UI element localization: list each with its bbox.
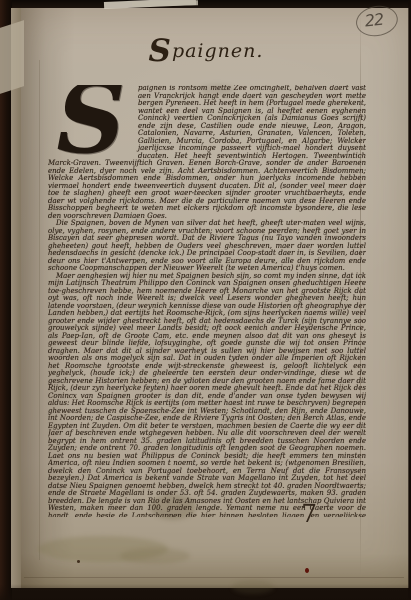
ink-speck <box>77 560 80 563</box>
ornate-initial-icon: S <box>50 86 132 158</box>
underpage-corner <box>0 20 24 94</box>
book-bottom-edge <box>0 584 411 600</box>
title-swash-initial: S <box>149 33 172 69</box>
page-title: Spaignen. <box>126 40 286 62</box>
paragraph: Maer aenghesien wij hier nu met Spaignen… <box>48 273 366 518</box>
paper-stain <box>232 580 274 594</box>
page-edge-light <box>11 8 21 588</box>
ink-speck <box>305 568 309 573</box>
book-top-edge <box>0 0 411 8</box>
printed-folio-number: 7 <box>301 499 317 528</box>
vertical-crease <box>39 60 40 560</box>
handwritten-folio-number: 22 <box>364 10 384 31</box>
title-text: paignen. <box>172 40 264 62</box>
book-page-photo: 22 Spaignen. Spaignen is rontsom mette Z… <box>0 0 411 600</box>
paragraph: Die Spaignen, boven de Mynen van silver … <box>48 220 366 273</box>
body-text: Spaignen is rontsom mette Zee omcinghelt… <box>48 85 366 517</box>
paragraph: Spaignen is rontsom mette Zee omcinghelt… <box>48 85 366 220</box>
horizontal-crease <box>24 577 404 578</box>
paper-stain <box>120 548 190 564</box>
